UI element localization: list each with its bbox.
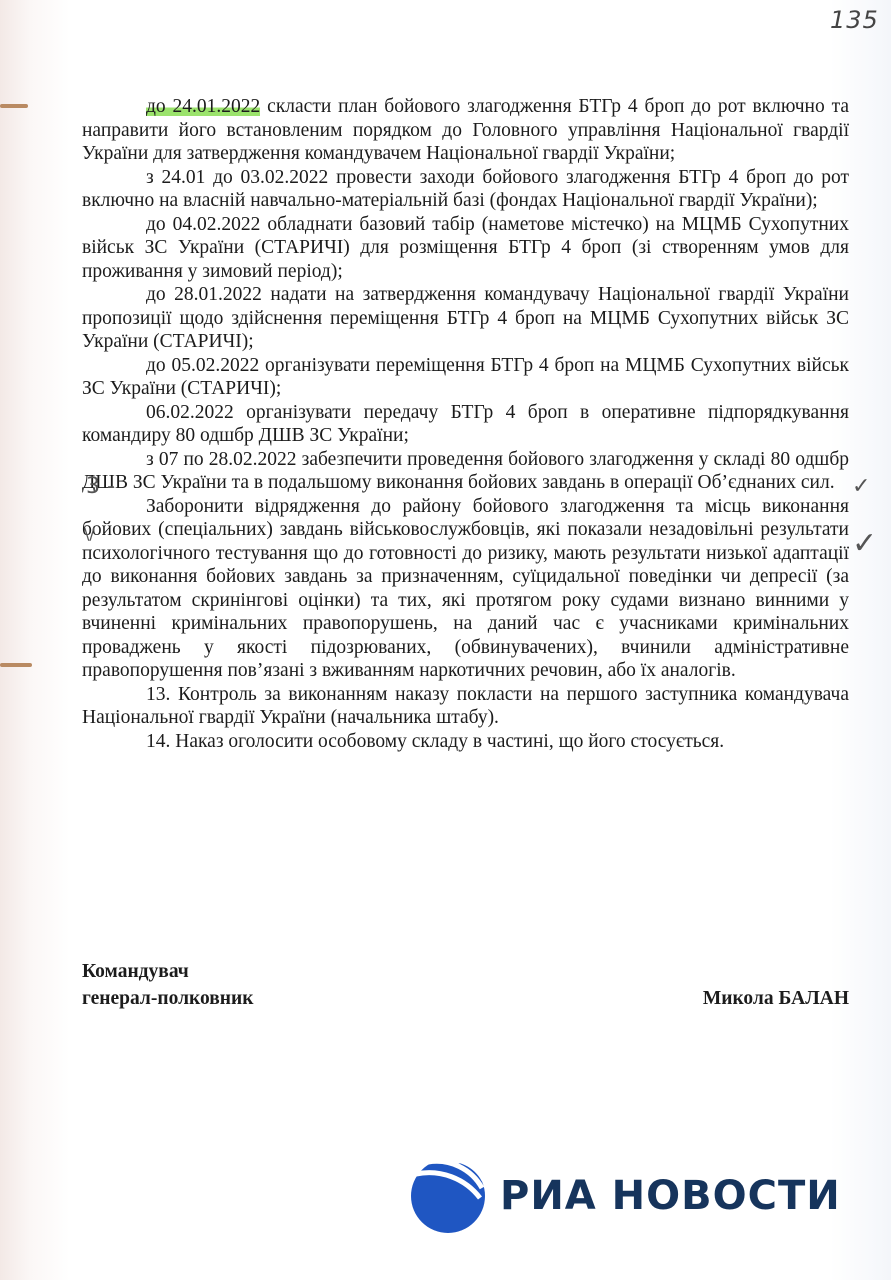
- ria-novosti-watermark: РИА НОВОСТИ: [410, 1158, 841, 1234]
- signature-block: Командувач генерал-полковник Микола БАЛА…: [82, 958, 849, 1012]
- paragraph-8: Заборонити відрядження до району бойовог…: [82, 495, 849, 683]
- paragraph-7: з 07 по 28.02.2022 забезпечити проведенн…: [82, 448, 849, 495]
- paragraph-4: до 28.01.2022 надати на затвердження ком…: [82, 283, 849, 354]
- paragraph-5: до 05.02.2022 організувати переміщення Б…: [82, 354, 849, 401]
- handwritten-v-mark: \/: [84, 524, 95, 543]
- handwritten-3-mark: 3 -: [86, 474, 115, 499]
- page-number: 135: [830, 6, 879, 34]
- paragraph-2: з 24.01 до 03.02.2022 провести заходи бо…: [82, 166, 849, 213]
- document-body: до 24.01.2022 скласти план бойового злаг…: [82, 95, 849, 753]
- globe-logo-icon: [410, 1158, 486, 1234]
- checkmark-icon: ✓: [852, 526, 877, 561]
- paragraph-14: 14. Наказ оголосити особовому складу в ч…: [82, 730, 849, 754]
- paragraph-6: 06.02.2022 організувати передачу БТГр 4 …: [82, 401, 849, 448]
- paragraph-1: до 24.01.2022 скласти план бойового злаг…: [82, 95, 849, 166]
- signer-name: Микола БАЛАН: [703, 985, 849, 1012]
- checkmark-icon: ✓: [852, 474, 870, 499]
- highlighted-date: до 24.01.2022: [146, 96, 260, 117]
- paragraph-13: 13. Контроль за виконанням наказу поклас…: [82, 683, 849, 730]
- paragraph-3: до 04.02.2022 обладнати базовий табір (н…: [82, 213, 849, 284]
- signer-position: Командувач: [82, 958, 849, 985]
- watermark-text: РИА НОВОСТИ: [500, 1173, 841, 1219]
- binding-thread-bottom: [0, 663, 32, 667]
- binding-thread-top: [0, 104, 28, 108]
